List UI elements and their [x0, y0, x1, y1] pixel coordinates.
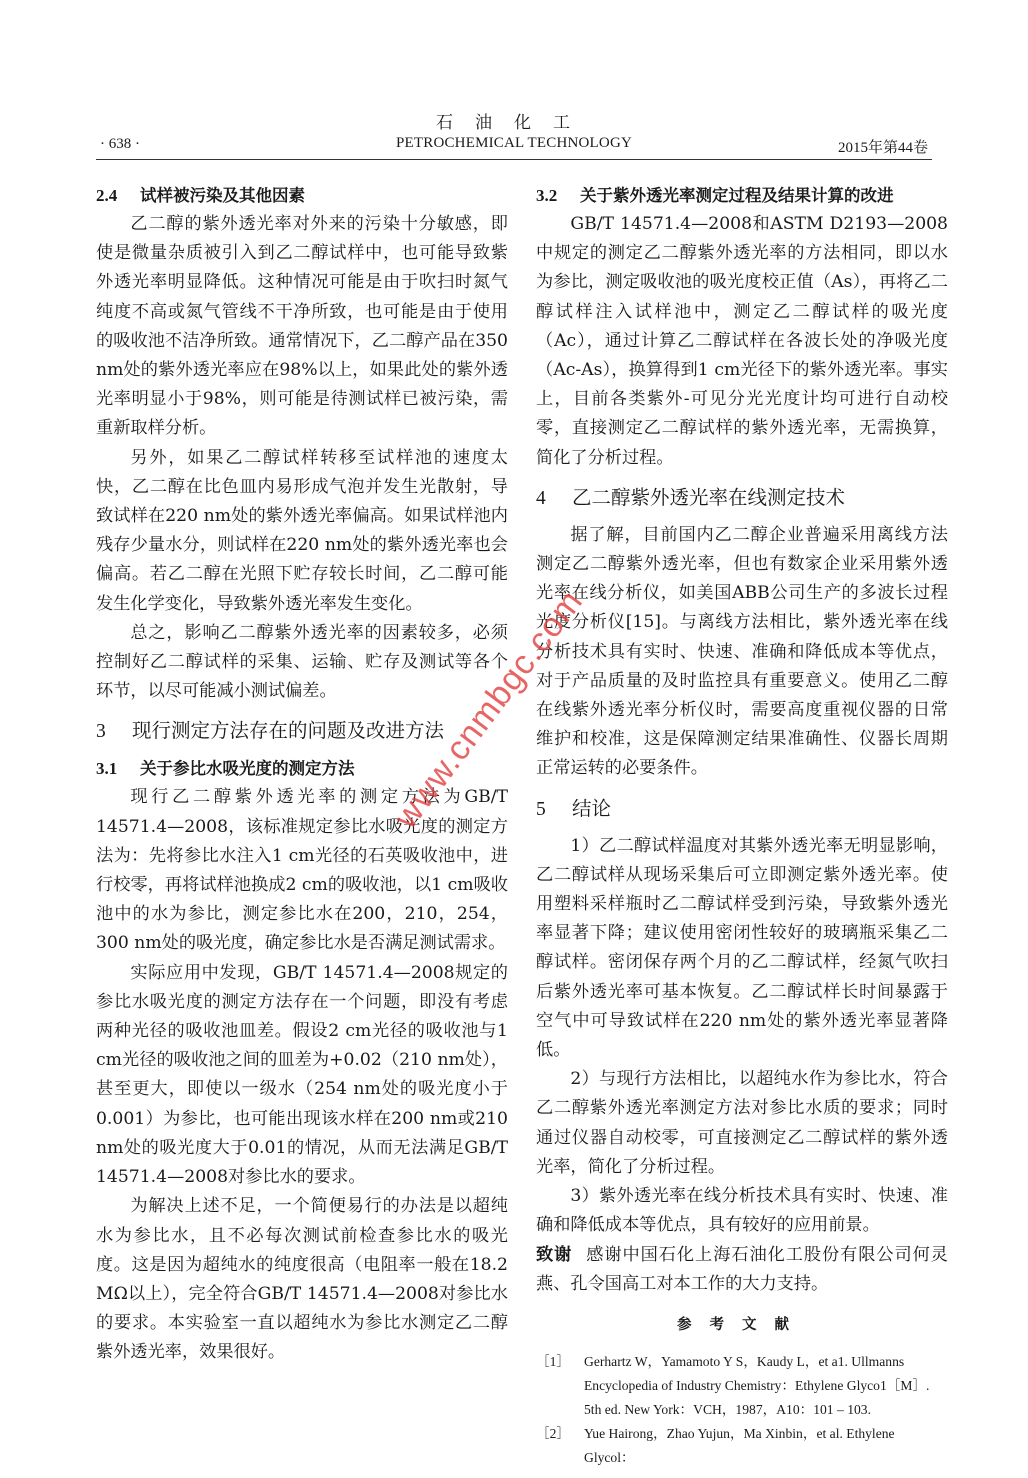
section-number: 3.2: [536, 181, 580, 210]
section-title: 乙二醇紫外透光率在线测定技术: [572, 486, 845, 509]
journal-title-cn: 石油化工: [0, 108, 1028, 133]
section-title: 关于紫外透光率测定过程及结果计算的改进: [580, 186, 894, 205]
left-column: 2.4试样被污染及其他因素 乙二醇的紫外透光率对外来的污染十分敏感，即使是微量杂…: [96, 181, 508, 1368]
reference-text: Yue Hairong，Zhao Yujun，Ma Xinbin，et al. …: [584, 1426, 895, 1465]
section-number: 4: [536, 484, 572, 513]
acknowledgement-text: 感谢中国石化上海石油化工股份有限公司何灵燕、孔令国高工对本工作的大力支持。: [536, 1245, 948, 1294]
references-heading: 参考文献: [536, 1311, 948, 1340]
paragraph: 实际应用中发现，GB/T 14571.4—2008规定的参比水吸光度的测定方法存…: [96, 959, 508, 1193]
conclusion-item: 3）紫外透光率在线分析技术具有实时、快速、准确和降低成本等优点，具有较好的应用前…: [536, 1182, 948, 1240]
conclusion-item: 1）乙二醇试样温度对其紫外透光率无明显影响，乙二醇试样从现场采集后可立即测定紫外…: [536, 832, 948, 1066]
journal-page: 石油化工 · 638 · PETROCHEMICAL TECHNOLOGY 20…: [0, 0, 1028, 1478]
section-number: 3: [96, 717, 132, 746]
section-3-1-heading: 3.1关于参比水吸光度的测定方法: [96, 754, 508, 783]
acknowledgement: 致谢感谢中国石化上海石油化工股份有限公司何灵燕、孔令国高工对本工作的大力支持。: [536, 1241, 948, 1299]
section-number: 2.4: [96, 181, 140, 210]
reference-number: ［1］: [536, 1350, 584, 1374]
paragraph: 另外，如果乙二醇试样转移至试样池的速度太快，乙二醇在比色皿内易形成气泡并发生光散…: [96, 444, 508, 619]
reference-number: ［2］: [536, 1422, 584, 1446]
section-3-2-heading: 3.2关于紫外透光率测定过程及结果计算的改进: [536, 181, 948, 210]
section-5-heading: 5结论: [536, 794, 948, 824]
volume-label: 2015年第44卷: [838, 136, 928, 157]
section-4-heading: 4乙二醇紫外透光率在线测定技术: [536, 483, 948, 513]
section-3-heading: 3现行测定方法存在的问题及改进方法: [96, 716, 508, 746]
paragraph: 乙二醇的紫外透光率对外来的污染十分敏感，即使是微量杂质被引入到乙二醇试样中，也可…: [96, 210, 508, 444]
reference-item: ［1］Gerhartz W，Yamamoto Y S，Kaudy L，et a1…: [536, 1350, 948, 1422]
section-title: 现行测定方法存在的问题及改进方法: [132, 719, 444, 742]
conclusion-item: 2）与现行方法相比，以超纯水作为参比水，符合乙二醇紫外透光率测定方法对参比水质的…: [536, 1065, 948, 1182]
paragraph: GB/T 14571.4—2008和ASTM D2193—2008中规定的测定乙…: [536, 210, 948, 473]
paragraph: 总之，影响乙二醇紫外透光率的因素较多，必须控制好乙二醇试样的采集、运输、贮存及测…: [96, 619, 508, 707]
acknowledgement-label: 致谢: [536, 1245, 572, 1265]
section-title: 关于参比水吸光度的测定方法: [140, 759, 355, 778]
section-number: 3.1: [96, 754, 140, 783]
section-title: 结论: [572, 797, 611, 820]
paragraph: 据了解，目前国内乙二醇企业普遍采用离线方法测定乙二醇紫外透光率，但也有数家企业采…: [536, 521, 948, 784]
paragraph: 现行乙二醇紫外透光率的测定方法为GB/T 14571.4—2008，该标准规定参…: [96, 783, 508, 958]
header-rule: [96, 159, 932, 160]
right-column: 3.2关于紫外透光率测定过程及结果计算的改进 GB/T 14571.4—2008…: [536, 181, 948, 1470]
section-title: 试样被污染及其他因素: [140, 186, 305, 205]
section-number: 5: [536, 795, 572, 824]
paragraph: 为解决上述不足，一个简便易行的办法是以超纯水为参比水，且不必每次测试前检查参比水…: [96, 1192, 508, 1367]
section-2-4-heading: 2.4试样被污染及其他因素: [96, 181, 508, 210]
reference-item: ［2］Yue Hairong，Zhao Yujun，Ma Xinbin，et a…: [536, 1422, 948, 1470]
reference-text: Gerhartz W，Yamamoto Y S，Kaudy L，et a1. U…: [584, 1354, 929, 1417]
